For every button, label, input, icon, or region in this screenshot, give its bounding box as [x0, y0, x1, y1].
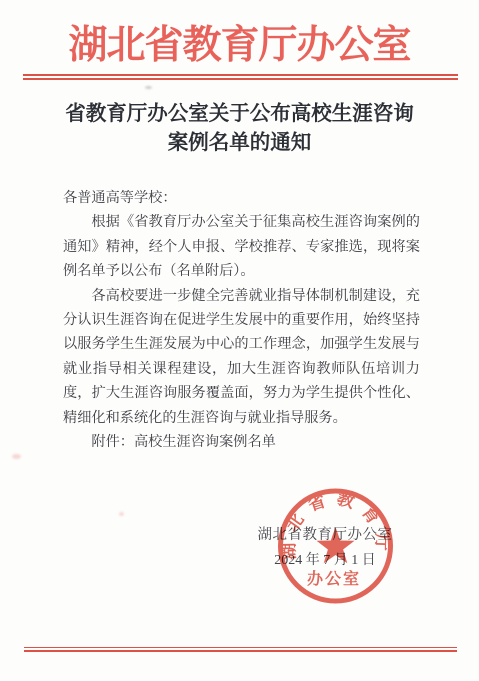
- salutation: 各普通高等学校：: [63, 186, 420, 210]
- document-title-line-1: 省教育厅办公室关于公布高校生涯咨询: [0, 100, 479, 129]
- header-double-rule: [23, 74, 458, 80]
- document-body: 各普通高等学校： 根据《省教育厅办公室关于征集高校生涯咨询案例的通知》精神，经个…: [63, 186, 420, 454]
- body-paragraph-1: 根据《省教育厅办公室关于征集高校生涯咨询案例的通知》精神，经个人申报、学校推荐、…: [63, 210, 420, 283]
- scan-artifact: [145, 86, 152, 89]
- signature-organization: 湖北省教育厅办公室: [245, 527, 405, 543]
- seal-bottom-text: 办公室: [307, 569, 361, 588]
- footer-double-rule: [24, 647, 457, 652]
- signature-block: 湖北省教育厅办公室 2024 年 7 月 1 日: [245, 527, 405, 569]
- letterhead-title: 湖北省教育厅办公室: [0, 22, 479, 70]
- document-page: 湖北省教育厅办公室 省教育厅办公室关于公布高校生涯咨询 案例名单的通知 各普通高…: [0, 0, 479, 681]
- signature-date: 2024 年 7 月 1 日: [245, 553, 405, 569]
- attachment-line: 附件：高校生涯咨询案例名单: [63, 430, 420, 454]
- document-title-line-2: 案例名单的通知: [0, 129, 479, 158]
- body-paragraph-2: 各高校要进一步健全完善就业指导体制机制建设，充分认识生涯咨询在促进学生发展中的重…: [63, 284, 420, 430]
- document-title: 省教育厅办公室关于公布高校生涯咨询 案例名单的通知: [0, 100, 479, 157]
- scan-artifact: [119, 512, 124, 516]
- scan-artifact: [12, 454, 21, 459]
